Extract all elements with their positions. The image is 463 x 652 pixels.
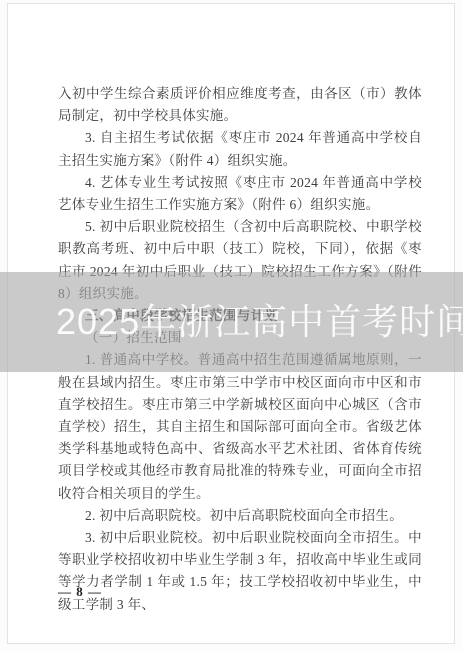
page-number: — 8 —: [58, 584, 102, 600]
paragraph: 1. 普通高中学校。普通高中招生范围遵循属地原则，一般在县域内招生。枣庄市第三中…: [58, 349, 422, 504]
watermark-text: 2025年浙江高中首考时间: [56, 302, 463, 342]
paragraph: 入初中学生综合素质评价相应维度考查，由各区（市）教体局制定，初中学校具体实施。: [58, 83, 422, 127]
paragraph: 4. 艺体专业生考试按照《枣庄市 2024 年普通高中学校艺体专业生招生工作实施…: [58, 172, 422, 216]
paragraph: 3. 自主招生考试依据《枣庄市 2024 年普通高中学校自主招生实施方案》（附件…: [58, 127, 422, 171]
paragraph: 2. 初中后高职院校。初中后高职院校面向全市招生。: [58, 505, 422, 527]
paragraph: 3. 初中后职业院校。初中后职业院校面向全市招生。中等职业学校招收初中毕业生学制…: [58, 527, 422, 616]
screenshot-root: 入初中学生综合素质评价相应维度考查，由各区（市）教体局制定，初中学校具体实施。3…: [0, 0, 463, 652]
